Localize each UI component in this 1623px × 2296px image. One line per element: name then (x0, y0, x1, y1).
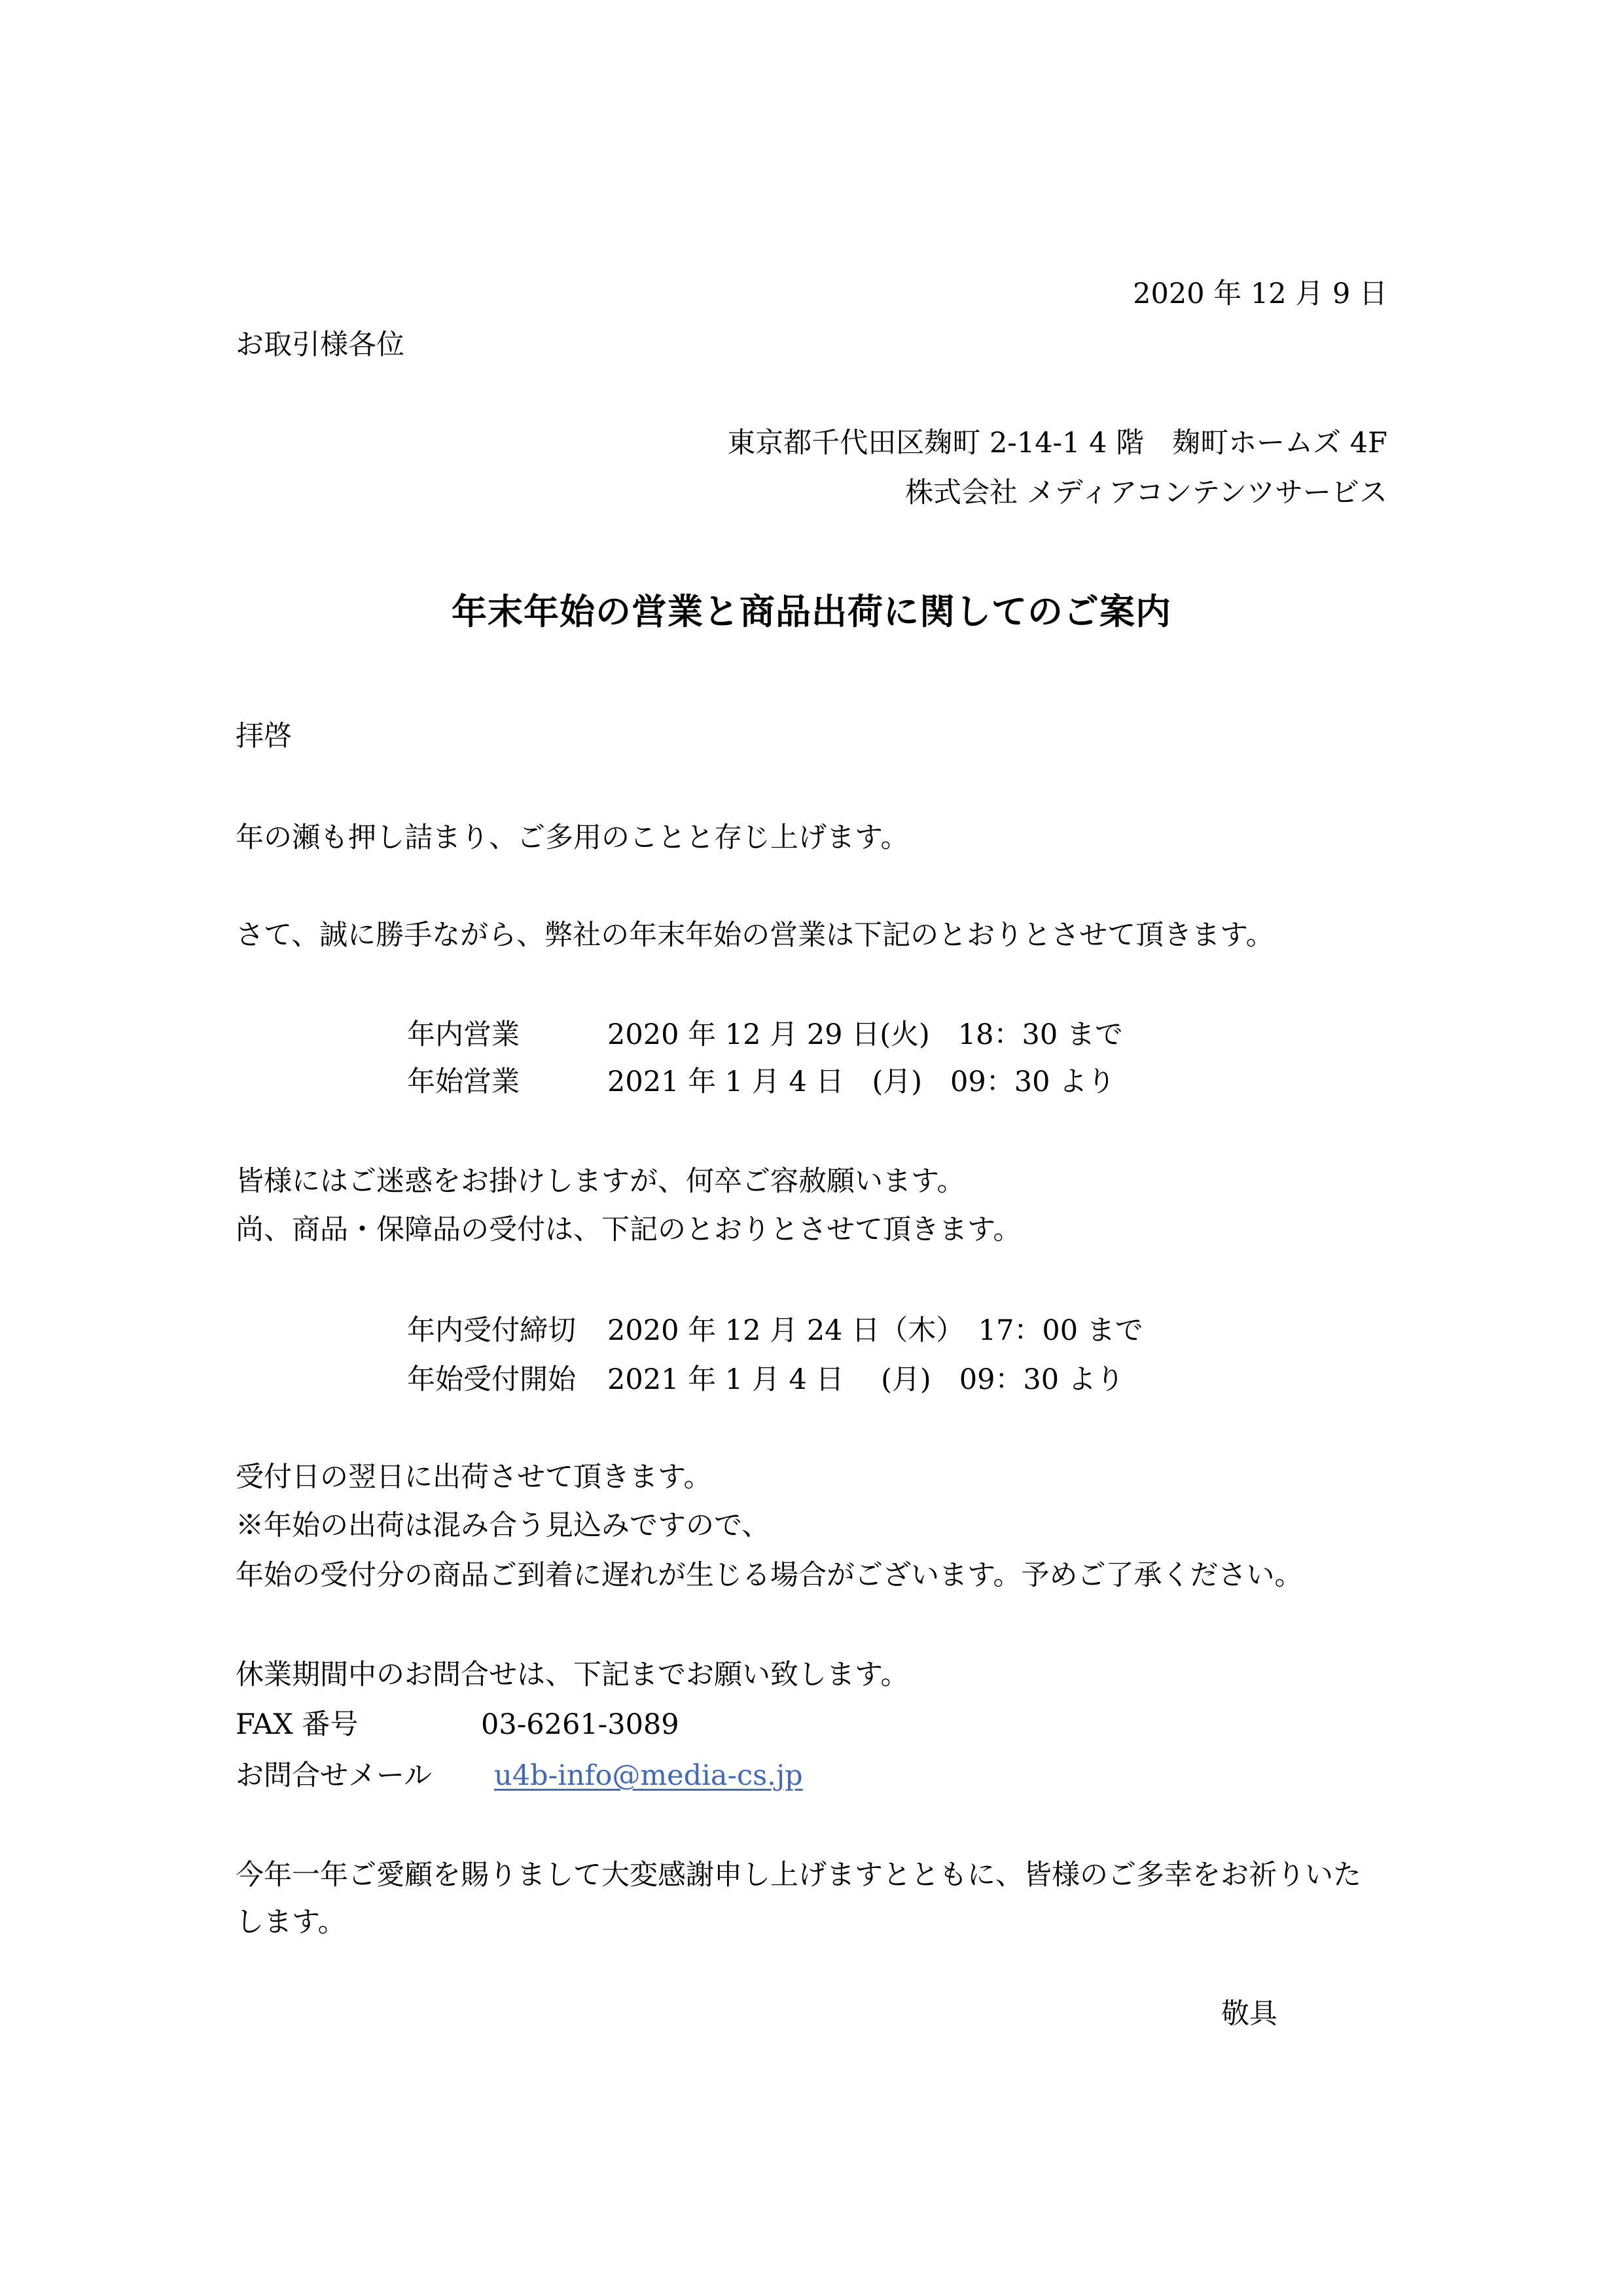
email-label: お問合せメール (236, 1759, 432, 1792)
reception-intro-line: 尚、商品・保障品の受付は、下記のとおりとさせて頂きます。 (236, 1213, 1022, 1246)
letter-page: 2020 年 12 月 9 日 お取引様各位 東京都千代田区麹町 2-14-1 … (0, 0, 1623, 2296)
greeting-paragraph: 年の瀬も押し詰まり、ご多用のことと存じ上げます。 (236, 821, 909, 854)
opening-salutation: 拝啓 (236, 720, 292, 753)
closing-salutation: 敬具 (1221, 1998, 1277, 2030)
business-intro-paragraph: さて、誠に勝手ながら、弊社の年末年始の営業は下記のとおりとさせて頂きます。 (236, 919, 1274, 952)
letter-date: 2020 年 12 月 9 日 (0, 278, 1387, 310)
fax-label: FAX 番号 (236, 1708, 358, 1741)
shipping-note: 年始の受付分の商品ご到着に遅れが生じる場合がございます。予めご了承ください。 (236, 1559, 1303, 1592)
document-title: 年末年始の営業と商品出荷に関してのご案内 (0, 589, 1623, 635)
closing-paragraph-line: します。 (236, 1906, 346, 1939)
fax-number: 03-6261-3089 (481, 1708, 679, 1741)
schedule-value: 2021 年 1 月 4 日 (月) 09：30 より (607, 1363, 1124, 1396)
contact-intro-line: 休業期間中のお問合せは、下記までお願い致します。 (236, 1659, 909, 1691)
recipient: お取引様各位 (236, 329, 404, 361)
schedule-label: 年始受付開始 (407, 1363, 576, 1396)
schedule-value: 2020 年 12 月 24 日（木） 17：00 まで (607, 1314, 1143, 1347)
email-link[interactable]: u4b-info@media-cs.jp (494, 1759, 803, 1792)
schedule-value: 2020 年 12 月 29 日(火) 18：30 まで (607, 1018, 1123, 1051)
schedule-label: 年始営業 (407, 1066, 520, 1098)
sender-company: 株式会社 メディアコンテンツサービス (0, 476, 1387, 509)
schedule-value: 2021 年 1 月 4 日 (月) 09：30 より (607, 1066, 1115, 1098)
apology-line: 皆様にはご迷惑をお掛けしますが、何卒ご容赦願います。 (236, 1165, 965, 1198)
schedule-label: 年内営業 (407, 1018, 520, 1051)
sender-address: 東京都千代田区麹町 2-14-1 4 階 麹町ホームズ 4F (0, 427, 1387, 459)
shipping-note: 受付日の翌日に出荷させて頂きます。 (236, 1461, 712, 1494)
schedule-label: 年内受付締切 (407, 1314, 576, 1347)
shipping-note: ※年始の出荷は混み合う見込みですので、 (236, 1509, 770, 1542)
closing-paragraph-line: 今年一年ご愛顧を賜りまして大変感謝申し上げますとともに、皆様のご多幸をお祈りいた (236, 1859, 1361, 1892)
